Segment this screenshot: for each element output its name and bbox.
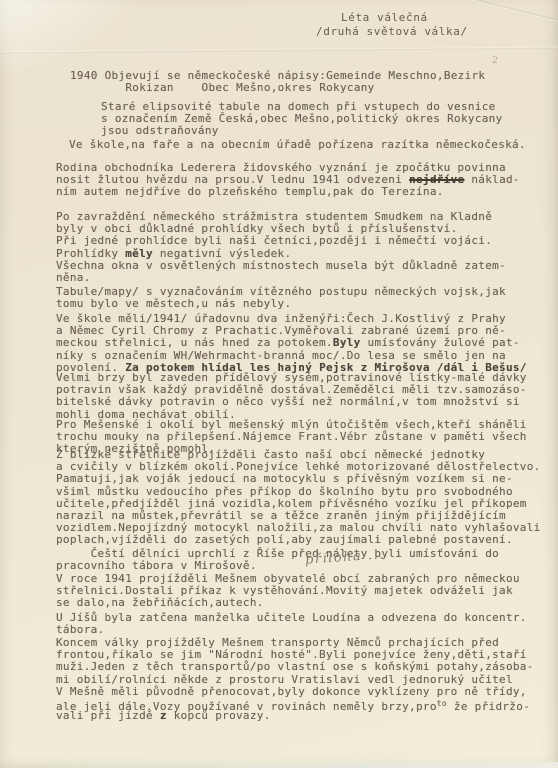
document-page: Léta válečná /druhá světová válka/ 1940 … [0,0,558,768]
paragraph: U Jíšů byla zatčena manželka učitele Lou… [56,612,527,636]
paper-crease-line [0,47,558,54]
text-line: se dalo,na žebřiňácích,autech. [56,597,520,609]
paragraph: Ve škole měli/1941/ úřadovnu dva inženýř… [56,313,527,374]
text-line: Ve škole,na faře a na obecním úřadě poří… [69,139,526,151]
scan-bottom-edge [0,762,558,768]
paragraph: Po zavraždění německého strážmistra stud… [56,211,492,260]
paragraph: Velmi brzy byl zaveden přídělový sysém,p… [56,372,527,421]
pencil-corner-mark: 2 [491,56,498,67]
text-line: Prohlídky měly negativní výsledek. [56,248,492,260]
text-line: ním autem nejdříve do plzeňského templu,… [56,186,520,198]
paper-crease-line-right [440,0,558,24]
paragraph: Tabule/mapy/ s vyznačováním vítězného po… [56,286,506,310]
text-line: jsou odstraňovány [101,125,503,137]
paragraph: Čeští dělníci uprchlí z Říše před nálety… [56,548,499,572]
paragraph: 1940 Objevují se německočeské nápisy:Gem… [70,70,485,94]
document-title: Léta válečná [341,11,428,25]
paragraph: V roce 1941 projížděli Mešnem obyvatelé … [56,573,520,610]
text-line: něna. [56,272,506,284]
document-subtitle: /druhá světová válka/ [316,25,468,38]
paragraph: Všechna okna v osvětlených místnostech m… [56,260,506,284]
paragraph: Z blízké střelnice projížděli často naší… [56,449,541,547]
text-line: Rokizan Obec Mešno,okres Rokycany [70,82,485,94]
paragraph: Ve škole,na faře a na obecním úřadě poří… [69,139,526,151]
text-line: V Mešně měli původně přenocovat,byly dok… [56,686,534,698]
text-line: tábora. [56,624,527,636]
text-line: pracovního tábora v Mirošově. [56,560,499,572]
paragraph: Rodina obchodníka Lederera židovského vy… [56,162,520,199]
text-line: poplach,vjížděli do zasetých polí,aby za… [56,534,541,546]
text-line: tomu bylo ve městech,u nás nebyly. [56,298,506,310]
paragraph: Staré elipsovité tabule na domech při vs… [101,101,503,138]
text-line: U Jíšů byla zatčena manželka učitele Lou… [56,612,527,624]
paragraph: Koncem války projížděly Mešnem transport… [56,637,534,722]
text-line: Všechna okna v osvětlených místnostech m… [56,260,506,272]
